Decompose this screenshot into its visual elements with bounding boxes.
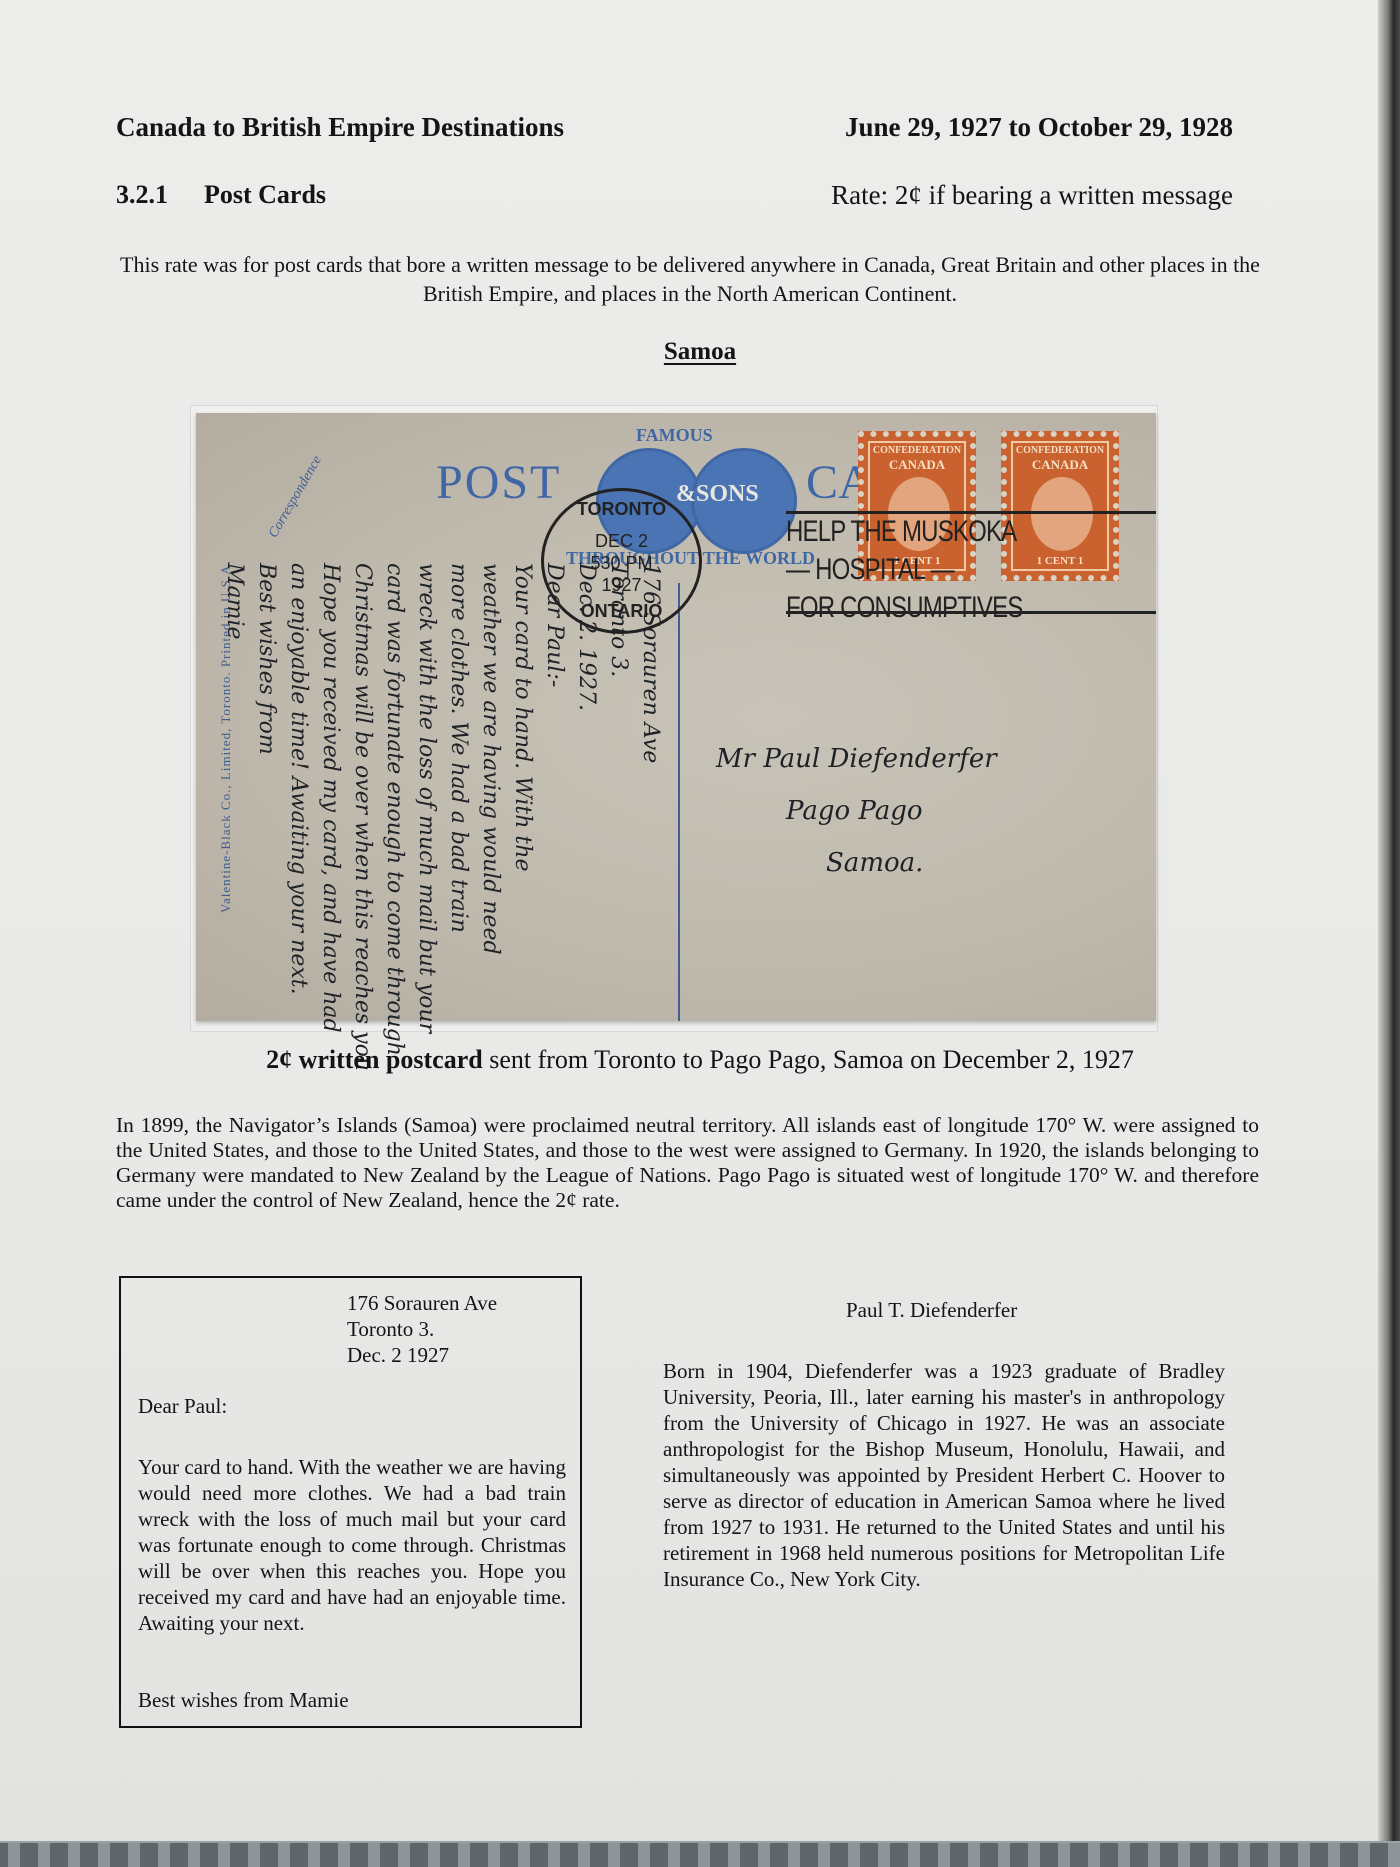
page-title: Canada to British Empire Destinations [116, 112, 564, 143]
album-page: Canada to British Empire Destinations Ju… [0, 0, 1378, 1845]
biography-text: Born in 1904, Diefenderfer was a 1923 gr… [663, 1358, 1225, 1592]
message-line: Christmas will be over when this reaches… [346, 563, 378, 1071]
caption-bold: 2¢ written postcard [266, 1045, 483, 1074]
message-line: weather we are having would need [474, 563, 506, 1071]
printed-correspondence: Correspondence [266, 453, 326, 541]
rate-description: Rate: 2¢ if bearing a written message [831, 180, 1233, 211]
from-line: 176 Sorauren Ave [347, 1290, 497, 1316]
stamp-top-text: CONFEDERATION [1013, 445, 1107, 456]
destination-text: Samoa [664, 338, 736, 365]
slogan-line: FOR CONSUMPTIVES [786, 589, 1023, 627]
address-line: Pago Pago [786, 785, 997, 837]
message-line: 176 Sorauren Ave [634, 563, 666, 1071]
transcription-body: Your card to hand. With the weather we a… [138, 1454, 566, 1636]
transcription-from: 176 Sorauren Ave Toronto 3. Dec. 2 1927 [347, 1290, 497, 1368]
postcard-image: FAMOUS &SONS POST CA THROUGHOUT THE WORL… [196, 413, 1156, 1021]
address-line: Mr Paul Diefenderfer [716, 733, 997, 785]
caption-rest: sent from Toronto to Pago Pago, Samoa on… [483, 1045, 1134, 1074]
stamp-top-text: CONFEDERATION [870, 445, 964, 456]
message-line: Toronto 3. [602, 563, 634, 1071]
message-line: more clothes. We had a bad train [442, 563, 474, 1071]
printed-famous: FAMOUS [636, 425, 713, 446]
from-line: Dec. 2 1927 [347, 1342, 497, 1368]
section-number: 3.2.1 [116, 180, 168, 210]
printed-post: POST [436, 455, 561, 510]
transcription-salutation: Dear Paul: [138, 1394, 227, 1419]
album-binder-edge [1378, 0, 1400, 1867]
address-line: Samoa. [826, 837, 997, 889]
card-divider-line [678, 583, 680, 1021]
stamp-value: 1 CENT 1 [1013, 555, 1107, 567]
message-line: Mamie [218, 563, 250, 1071]
message-line: an enjoyable time! Awaiting your next. [282, 563, 314, 1071]
postmark-city: TORONTO [544, 499, 699, 520]
message-line: Your card to hand. With the [506, 563, 538, 1071]
message-line: card was fortunate enough to come throug… [378, 563, 410, 1071]
stamp-portrait [1031, 477, 1093, 551]
section-title: Post Cards [204, 180, 326, 210]
message-line: wreck with the loss of much mail but you… [410, 563, 442, 1071]
message-line: Dec. 2. 1927. [570, 563, 602, 1071]
message-line: Dear Paul:- [538, 563, 570, 1071]
transcription-signoff: Best wishes from Mamie [138, 1688, 349, 1713]
slogan-line: — HOSPITAL — [786, 551, 1023, 589]
handwritten-message: 176 Sorauren AveToronto 3.Dec. 2. 1927.D… [218, 563, 666, 1071]
handwritten-address: Mr Paul Diefenderfer Pago Pago Samoa. [716, 733, 997, 889]
history-paragraph: In 1899, the Navigator’s Islands (Samoa)… [116, 1113, 1259, 1213]
postmark-date: DEC 2 [544, 531, 699, 552]
postcard-caption: 2¢ written postcard sent from Toronto to… [0, 1045, 1400, 1075]
intro-paragraph: This rate was for post cards that bore a… [110, 250, 1270, 308]
stamp-country: CANADA [870, 457, 964, 473]
message-line: Best wishes from [250, 563, 282, 1071]
slogan-line: HELP THE MUSKOKA [786, 513, 1023, 551]
slogan-cancel: HELP THE MUSKOKA — HOSPITAL — FOR CONSUM… [786, 513, 1023, 627]
sleeve-binding-strip [0, 1841, 1400, 1867]
message-line: Hope you received my card, and have had [314, 563, 346, 1071]
date-range: June 29, 1927 to October 29, 1928 [845, 112, 1233, 143]
stamp-country: CANADA [1013, 457, 1107, 473]
from-line: Toronto 3. [347, 1316, 497, 1342]
destination-heading: Samoa [0, 338, 1400, 366]
biography-name: Paul T. Diefenderfer [846, 1298, 1017, 1323]
message-transcription-box: 176 Sorauren Ave Toronto 3. Dec. 2 1927 … [119, 1276, 582, 1728]
